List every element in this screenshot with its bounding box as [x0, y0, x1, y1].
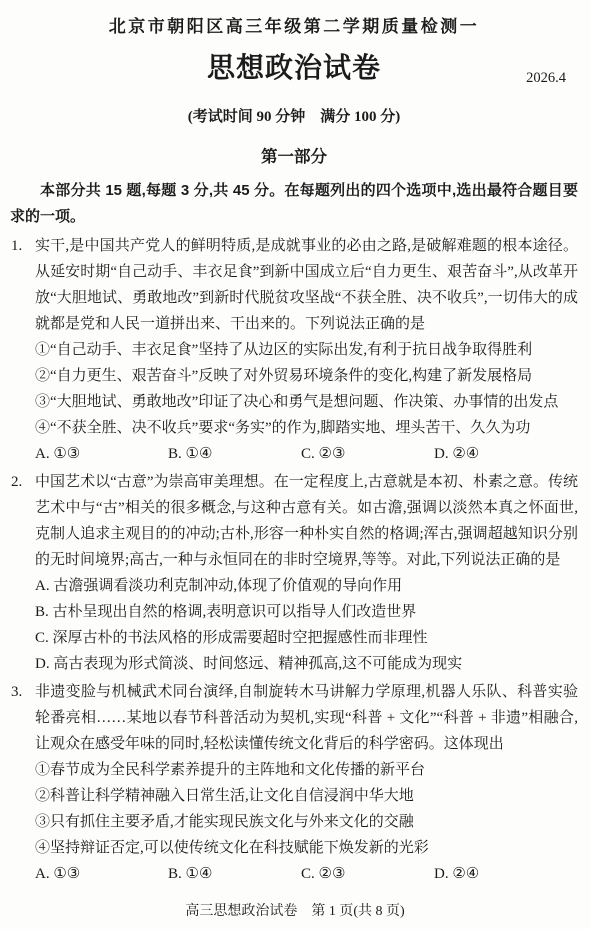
exam-date: 2026.4 [526, 70, 566, 87]
choice-b: B. ①④ [168, 441, 301, 467]
choice-d: D. ②④ [434, 861, 479, 887]
question-number: 2. [10, 469, 35, 677]
choice-a: A. ①③ [35, 861, 168, 887]
exam-region-line: 北京市朝阳区高三年级第二学期质量检测一 [10, 0, 578, 37]
title-row: 思想政治试卷 2026.4 [10, 46, 578, 90]
choice-a-line: A. 古澹强调看淡功利克制冲动,体现了价值观的导向作用 [35, 573, 578, 599]
choice-d: D. ②④ [434, 441, 479, 467]
question-number: 1. [10, 233, 35, 467]
choice-a: A. ①③ [35, 441, 168, 467]
section-title: 第一部分 [10, 143, 578, 167]
section-instructions: 本部分共 15 题,每题 3 分,共 45 分。在每题列出的四个选项中,选出最符… [10, 178, 578, 230]
choices-row: A. ①③ B. ①④ C. ②③ D. ②④ [35, 861, 578, 887]
question-stem: 非遗变脸与机械武术同台演绎,自制旋转木马讲解力学原理,机器人乐队、科普实验轮番亮… [35, 679, 578, 757]
statement-line-3: ③只有抓住主要矛盾,才能实现民族文化与外来文化的交融 [35, 809, 578, 835]
question-3: 3. 非遗变脸与机械武术同台演绎,自制旋转木马讲解力学原理,机器人乐队、科普实验… [10, 679, 578, 887]
statement-line-2: ②科普让科学精神融入日常生活,让文化自信浸润中华大地 [35, 783, 578, 809]
statement-line-1: ①“自己动手、丰衣足食”坚持了从边区的实际出发,有利于抗日战争取得胜利 [35, 337, 578, 363]
question-1: 1. 实干,是中国共产党人的鲜明特质,是成就事业的必由之路,是破解难题的根本途径… [10, 233, 578, 467]
choice-c: C. ②③ [301, 441, 434, 467]
question-body: 中国艺术以“古意”为崇高审美理想。在一定程度上,古意就是本初、朴素之意。传统艺术… [35, 469, 578, 677]
statement-line-1: ①春节成为全民科学素养提升的主阵地和文化传播的新平台 [35, 757, 578, 783]
exam-paper-page: 北京市朝阳区高三年级第二学期质量检测一 思想政治试卷 2026.4 (考试时间 … [0, 0, 590, 929]
question-stem: 中国艺术以“古意”为崇高审美理想。在一定程度上,古意就是本初、朴素之意。传统艺术… [35, 469, 578, 573]
choice-d-line: D. 高古表现为形式简淡、时间悠远、精神孤高,这不可能成为现实 [35, 651, 578, 677]
page-title: 思想政治试卷 [207, 46, 381, 90]
statement-line-2: ②“自力更生、艰苦奋斗”反映了对外贸易环境条件的变化,构建了新发展格局 [35, 363, 578, 389]
statement-line-3: ③“大胆地试、勇敢地改”印证了决心和勇气是想问题、作决策、办事情的出发点 [35, 389, 578, 415]
question-stem: 实干,是中国共产党人的鲜明特质,是成就事业的必由之路,是破解难题的根本途径。从延… [35, 233, 578, 337]
page-footer: 高三思想政治试卷 第 1 页(共 8 页) [0, 900, 590, 920]
choices-row: A. ①③ B. ①④ C. ②③ D. ②④ [35, 441, 578, 467]
exam-info-line: (考试时间 90 分钟 满分 100 分) [10, 105, 578, 126]
question-body: 非遗变脸与机械武术同台演绎,自制旋转木马讲解力学原理,机器人乐队、科普实验轮番亮… [35, 679, 578, 887]
question-body: 实干,是中国共产党人的鲜明特质,是成就事业的必由之路,是破解难题的根本途径。从延… [35, 233, 578, 467]
statement-line-4: ④“不获全胜、决不收兵”要求“务实”的作为,脚踏实地、埋头苦干、久久为功 [35, 415, 578, 441]
statement-line-4: ④坚持辩证否定,可以使传统文化在科技赋能下焕发新的光彩 [35, 835, 578, 861]
choice-b: B. ①④ [168, 861, 301, 887]
choice-b-line: B. 古朴呈现出自然的格调,表明意识可以指导人们改造世界 [35, 599, 578, 625]
question-number: 3. [10, 679, 35, 887]
question-2: 2. 中国艺术以“古意”为崇高审美理想。在一定程度上,古意就是本初、朴素之意。传… [10, 469, 578, 677]
choice-c: C. ②③ [301, 861, 434, 887]
choice-c-line: C. 深厚古朴的书法风格的形成需要超时空把握感性而非理性 [35, 625, 578, 651]
